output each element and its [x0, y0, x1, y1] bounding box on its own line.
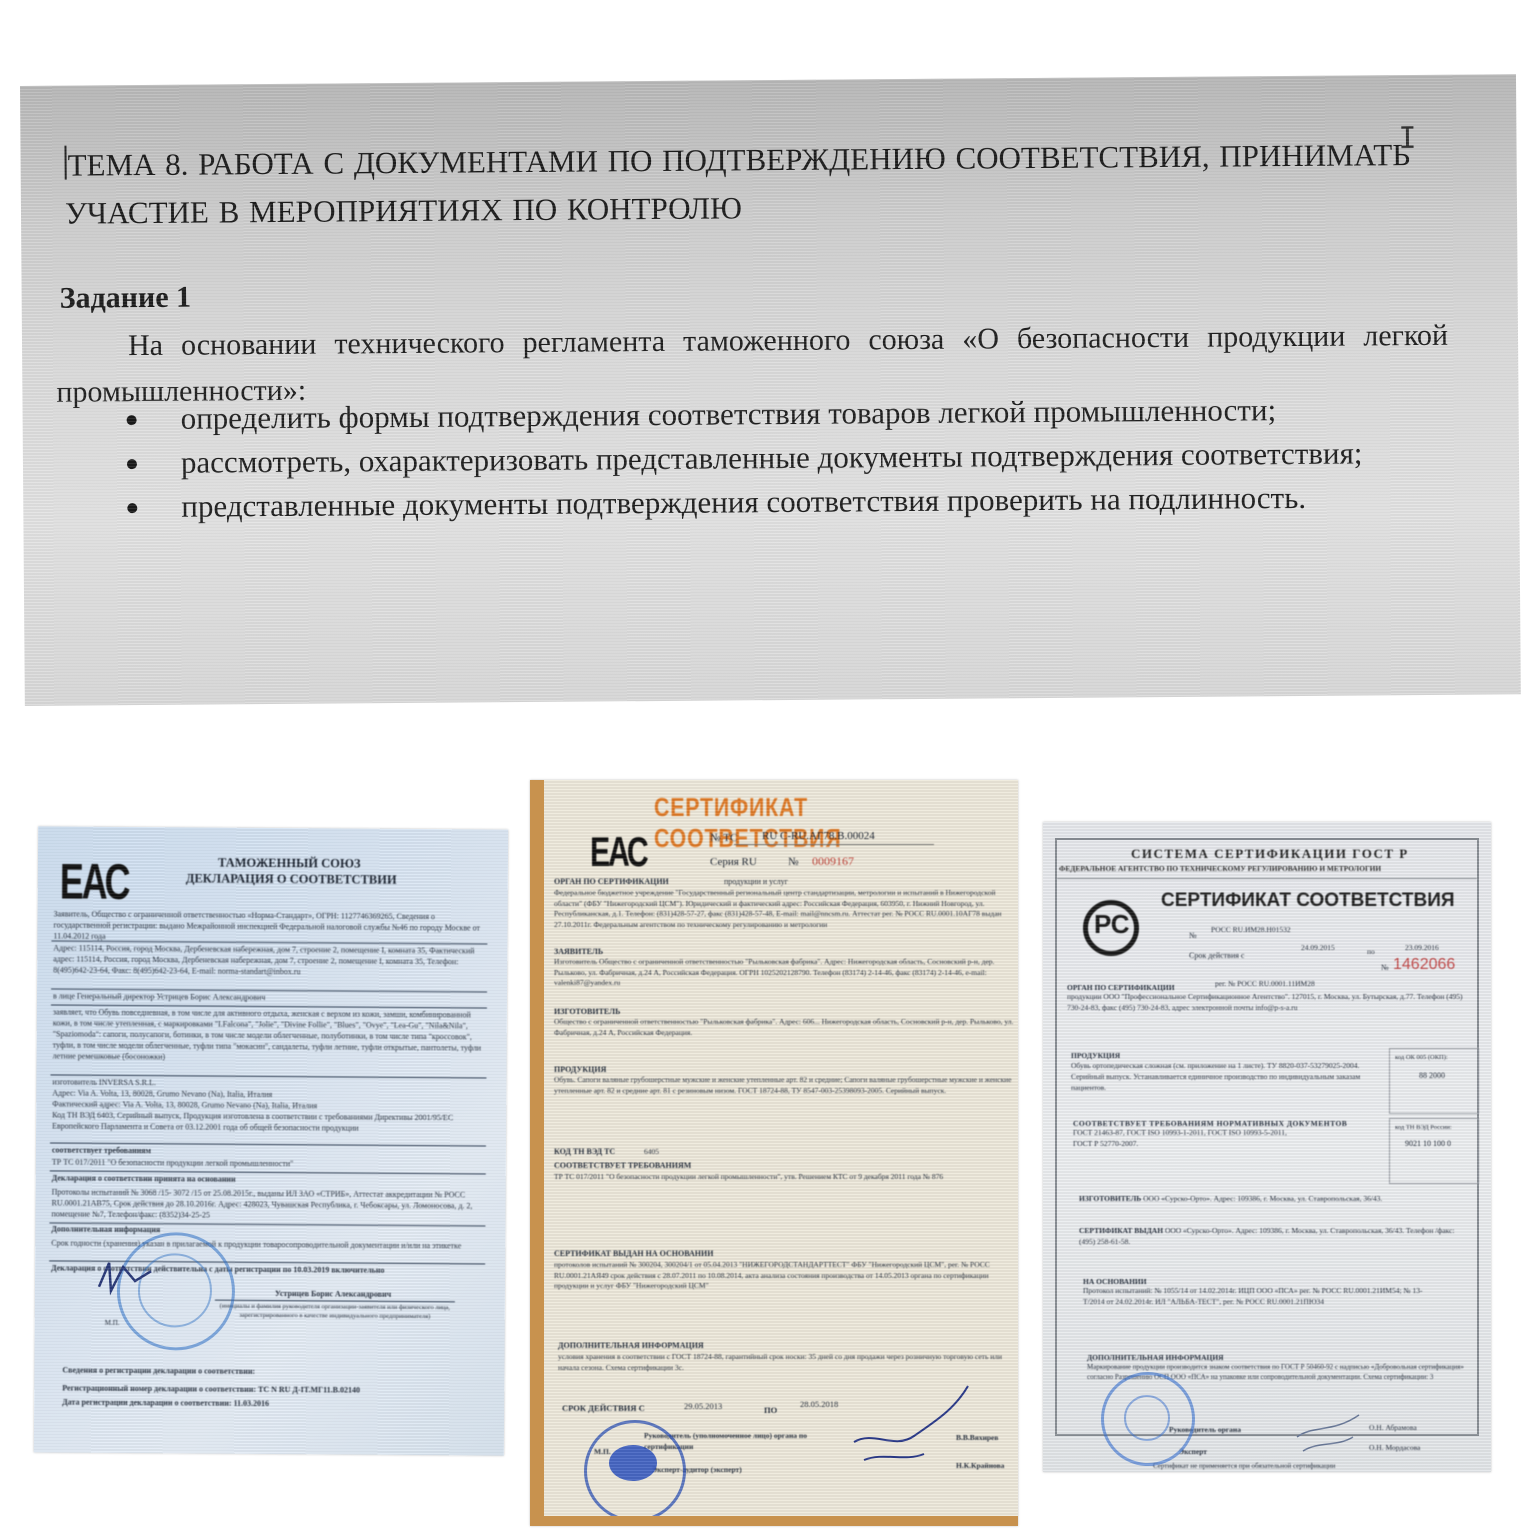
certificate-tc-number: RU C-RU.АГ78.В.00024 — [762, 830, 875, 842]
certificate-gost-valid-to: 23.09.2016 — [1405, 942, 1439, 955]
signature-icon — [1293, 1407, 1363, 1457]
certificate-tc-body-label: ОРГАН ПО СЕРТИФИКАЦИИ — [554, 876, 669, 889]
declaration-applicant: Заявитель, Общество с ограниченной ответ… — [53, 908, 483, 944]
declaration-address: Адрес: 115114, Россия, город Москва, Дер… — [53, 942, 483, 978]
certificate-gost-agency: ФЕДЕРАЛЬНОЕ АГЕНТСТВО ПО ТЕХНИЧЕСКОМУ РЕ… — [1059, 864, 1381, 873]
signature-icon — [95, 1257, 155, 1297]
certificate-tc-validity-label: СРОК ДЕЙСТВИЯ С — [562, 1402, 645, 1415]
certificate-tc-product: Обувь. Сапоги валяные грубошерстные мужс… — [554, 1075, 1014, 1096]
certificate-gost-r-photo: СИСТЕМА СЕРТИФИКАЦИИ ГОСТ Р ФЕДЕРАЛЬНОЕ … — [1043, 822, 1491, 1472]
signature-icon — [844, 1380, 974, 1470]
certificate-tc-complies-label: СООТВЕТСТВУЕТ ТРЕБОВАНИЯМ — [554, 1160, 691, 1173]
certificate-tc-additional: условия хранения в соответствии с ГОСТ 1… — [558, 1352, 1008, 1373]
declaration-registration-label: Сведения о регистрации декларации о соот… — [62, 1365, 482, 1380]
certificate-gost-number: РОСС RU.ИМ28.Н01532 — [1211, 924, 1291, 937]
declaration-header-title: ДЕКЛАРАЦИЯ О СООТВЕТСТВИИ — [186, 871, 397, 887]
topic-title: ТЕМА 8. РАБОТА С ДОКУМЕНТАМИ ПО ПОДТВЕРЖ… — [64, 131, 1445, 238]
certificate-tc-valid-to-label: ПО — [764, 1404, 777, 1417]
declaration-additional: Срок годности (хранения) указан в прилаг… — [51, 1237, 481, 1251]
certificate-gost-serial-label: № — [1381, 962, 1389, 975]
declaration-registration-date: Дата регистрации декларации о соответств… — [62, 1397, 482, 1412]
declaration-header-union: ТАМОЖЕННЫЙ СОЮЗ — [218, 856, 361, 872]
certificate-gost-valid-to-label: по — [1367, 946, 1375, 959]
certificate-tc-series-number: 0009167 — [812, 854, 854, 869]
certificate-gost-tnved: 9021 10 100 0 — [1405, 1138, 1451, 1151]
declaration-registration-number: Регистрационный номер декларации о соотв… — [62, 1383, 482, 1398]
certificate-gost-number-label: № — [1189, 930, 1197, 943]
blue-stamp-icon — [1101, 1372, 1195, 1466]
bullet-icon — [127, 459, 137, 469]
certificate-tc-issued-label: СЕРТИФИКАТ ВЫДАН НА ОСНОВАНИИ — [554, 1248, 713, 1261]
eac-logo: ЕАС — [590, 828, 647, 876]
certificate-tc-body: Федеральное бюджетное учреждение "Госуда… — [554, 888, 1014, 930]
certificate-tc-series-label: Серия RU — [710, 856, 757, 868]
bullet-icon — [127, 415, 137, 425]
declaration-mp: М.П. — [105, 1317, 120, 1330]
gost-r-rs-logo-icon: РС — [1083, 900, 1139, 956]
declaration-additional-label: Дополнительная информация — [51, 1223, 481, 1239]
declaration-person: в лице Генеральный директор Устрицев Бор… — [53, 990, 483, 1004]
declaration-product: заявляет, что Обувь повседневная, в том … — [53, 1006, 483, 1064]
certificate-gost-head-name: О.Н. Абрамова — [1369, 1422, 1417, 1435]
declaration-regulation: ТР ТС 017/2011 "О безопасности продукции… — [52, 1156, 482, 1172]
text-cursor — [64, 146, 66, 180]
certificate-tc-complies: ТР ТС 017/2011 "О безопасности продукции… — [554, 1172, 1014, 1183]
certificate-gost-expert-name: О.Н. Мордасова — [1369, 1442, 1420, 1455]
certificate-tc-manufacturer: Общество с ограниченной ответственностью… — [554, 1017, 1014, 1038]
certificate-gost-footer: Сертификат не применяется при обязательн… — [1153, 1460, 1335, 1472]
certificate-tc-code-label: КОД ТН ВЭД ТС — [554, 1146, 615, 1159]
certificate-gost-okp-label: код ОК 005 (ОКП): — [1395, 1052, 1448, 1065]
certificate-gost-basis: Протокол испытаний: № 1055/14 от 14.02.2… — [1083, 1286, 1423, 1307]
certificate-tc-photo: СЕРТИФИКАТ СООТВЕТСТВИЯ ЕАС № ТС RU C-RU… — [530, 780, 1018, 1526]
declaration-signer-caption: (инициалы и фамилия руководителя организ… — [215, 1302, 455, 1322]
certificate-gost-valid-from: 24.09.2015 — [1301, 942, 1335, 955]
certificate-tc-additional-label: ДОПОЛНИТЕЛЬНАЯ ИНФОРМАЦИЯ — [558, 1340, 704, 1353]
certificate-tc-code: 6405 — [644, 1146, 659, 1159]
declaration-code: Код ТН ВЭД 6403, Серийный выпуск, Продук… — [52, 1109, 482, 1134]
declaration-basis: Протоколы испытаний № 3068 /15- 3072 /15… — [51, 1186, 481, 1222]
declaration-basis-label: Декларация о соответствии принята на осн… — [52, 1172, 482, 1188]
certificate-gost-product: Обувь ортопедическая сложная (см. прилож… — [1071, 1060, 1371, 1093]
certificate-gost-complies: ГОСТ 21463-87, ГОСТ ISO 10993-1-2011, ГО… — [1073, 1128, 1293, 1149]
certificate-gost-okp: 88 2000 — [1419, 1070, 1445, 1083]
certificate-gost-validity-label: Срок действия с — [1189, 950, 1244, 963]
certificate-tc-series-no-label: № — [788, 856, 799, 868]
certificate-tc-valid-from: 29.05.2013 — [684, 1400, 722, 1413]
task-text-screenshot: ТЕМА 8. РАБОТА С ДОКУМЕНТАМИ ПО ПОДТВЕРЖ… — [20, 74, 1521, 706]
certificate-tc-applicant: Изготовитель Общество с ограниченной отв… — [554, 957, 1014, 989]
certificate-gost-title: СЕРТИФИКАТ СООТВЕТСТВИЯ — [1161, 890, 1455, 912]
certificate-tc-issued: протоколов испытаний № 300204, 300204/1 … — [554, 1260, 1014, 1292]
certificate-gost-tnved-label: код ТН ВЭД России: — [1395, 1122, 1452, 1135]
certificate-gost-issued: СЕРТИФИКАТ ВЫДАН ООО «Сурско-Орто». Адре… — [1079, 1226, 1459, 1247]
certificate-tc-body-sub: продукции и услуг — [724, 876, 788, 889]
bullet-icon — [127, 503, 137, 513]
certificate-gost-manufacturer: ИЗГОТОВИТЕЛЬ ООО «Сурско-Орто». Адрес: 1… — [1079, 1194, 1459, 1205]
certificate-gost-serial-number: 1462066 — [1393, 956, 1455, 974]
task-bullet-list: определить формы подтверждения соответст… — [122, 387, 1453, 529]
ibeam-cursor-icon: I — [1398, 121, 1416, 156]
declaration-of-conformity-photo: ЕАС ТАМОЖЕННЫЙ СОЮЗ ДЕКЛАРАЦИЯ О СООТВЕТ… — [34, 826, 508, 1455]
task-heading: Задание 1 — [60, 281, 192, 316]
certificate-tc-valid-to: 28.05.2018 — [800, 1398, 838, 1411]
task-bullet-item: представленные документы подтверждения с… — [123, 475, 1453, 529]
eac-logo: ЕАС — [60, 853, 129, 911]
certificate-tc-number-label: № ТС — [710, 832, 737, 844]
blue-stamp-icon — [584, 1420, 686, 1522]
certificate-gost-system: СИСТЕМА СЕРТИФИКАЦИИ ГОСТ Р — [1131, 846, 1409, 862]
certificate-gost-body: продукции ООО "Профессиональное Сертифик… — [1067, 992, 1467, 1013]
certificate-gost-body-reg: рег. № РОСС RU.0001.11ИМ28 — [1215, 978, 1315, 991]
